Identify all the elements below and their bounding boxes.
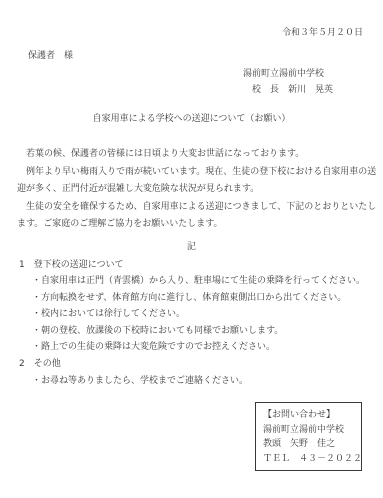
contact-info-box: 【お問い合わせ】 湯前町立湯前中学校 教頭 矢野 佳之 ＴＥＬ ４３－２０２２ bbox=[255, 402, 362, 471]
notice-bullet-item: ・自家用車は正門（青雲橋）から入り、駐車場にて生徒の乗降を行ってください。 bbox=[32, 273, 383, 290]
notice-bullet-item: ・路上での生徒の乗降は大変危険ですのでお控えください。 bbox=[32, 339, 383, 356]
contact-box-phone: ＴＥＬ ４３－２０２２ bbox=[263, 452, 361, 467]
notice-bullet-item: ・朝の登校、放課後の下校時においても同様でお願いします。 bbox=[32, 323, 383, 340]
notice-section-2: 2 その他 bbox=[19, 356, 383, 373]
body-line: ます。ご家庭のご理解ご協力をお願いいたします。 bbox=[17, 216, 383, 234]
recipient-line: 保護者 様 bbox=[28, 50, 383, 63]
sender-school-name: 湯前町立湯前中学校 bbox=[243, 68, 383, 81]
notice-section-1: 1 登下校の送迎について bbox=[19, 257, 383, 274]
sender-block: 湯前町立湯前中学校 校 長 新川 晃英 bbox=[0, 68, 383, 97]
body-line: 迎が多く、正門付近が混雑し大変危険な状況が見られます。 bbox=[17, 181, 383, 199]
body-line: 若葉の候、保護者の皆様には日頃より大変お世話になっております。 bbox=[17, 146, 383, 164]
notice-bullet-item: ・校内においては徐行してください。 bbox=[32, 306, 383, 323]
ki-heading: 記 bbox=[0, 241, 383, 254]
contact-box-title: 【お問い合わせ】 bbox=[263, 408, 361, 423]
document-title: 自家用車による学校への送迎について（お願い） bbox=[0, 113, 383, 126]
sender-principal-name: 校 長 新川 晃英 bbox=[252, 84, 383, 97]
contact-box-person: 教頭 矢野 佳之 bbox=[263, 437, 361, 452]
document-date: 令和３年５月２０日 bbox=[0, 27, 383, 40]
notice-list: 1 登下校の送迎について ・自家用車は正門（青雲橋）から入り、駐車場にて生徒の乗… bbox=[0, 257, 383, 390]
body-text: 若葉の候、保護者の皆様には日頃より大変お世話になっております。 例年より早い梅雨… bbox=[0, 146, 383, 234]
document-page: 令和３年５月２０日 保護者 様 湯前町立湯前中学校 校 長 新川 晃英 自家用車… bbox=[0, 0, 383, 498]
notice-bullet-item: ・方向転換をせず、体育館方向に進行し、体育館東側出口から出てください。 bbox=[32, 290, 383, 307]
body-line: 例年より早い梅雨入りで雨が続いています。現在、生徒の登下校における自家用車の送 bbox=[17, 164, 383, 182]
contact-box-school: 湯前町立湯前中学校 bbox=[263, 423, 361, 438]
notice-bullet-item: ・お尋ね等ありましたら、学校までご連絡ください。 bbox=[32, 373, 383, 390]
body-line: 生徒の安全を確保するため、自家用車による送迎につきまして、下記のとおりといたし bbox=[17, 199, 383, 217]
